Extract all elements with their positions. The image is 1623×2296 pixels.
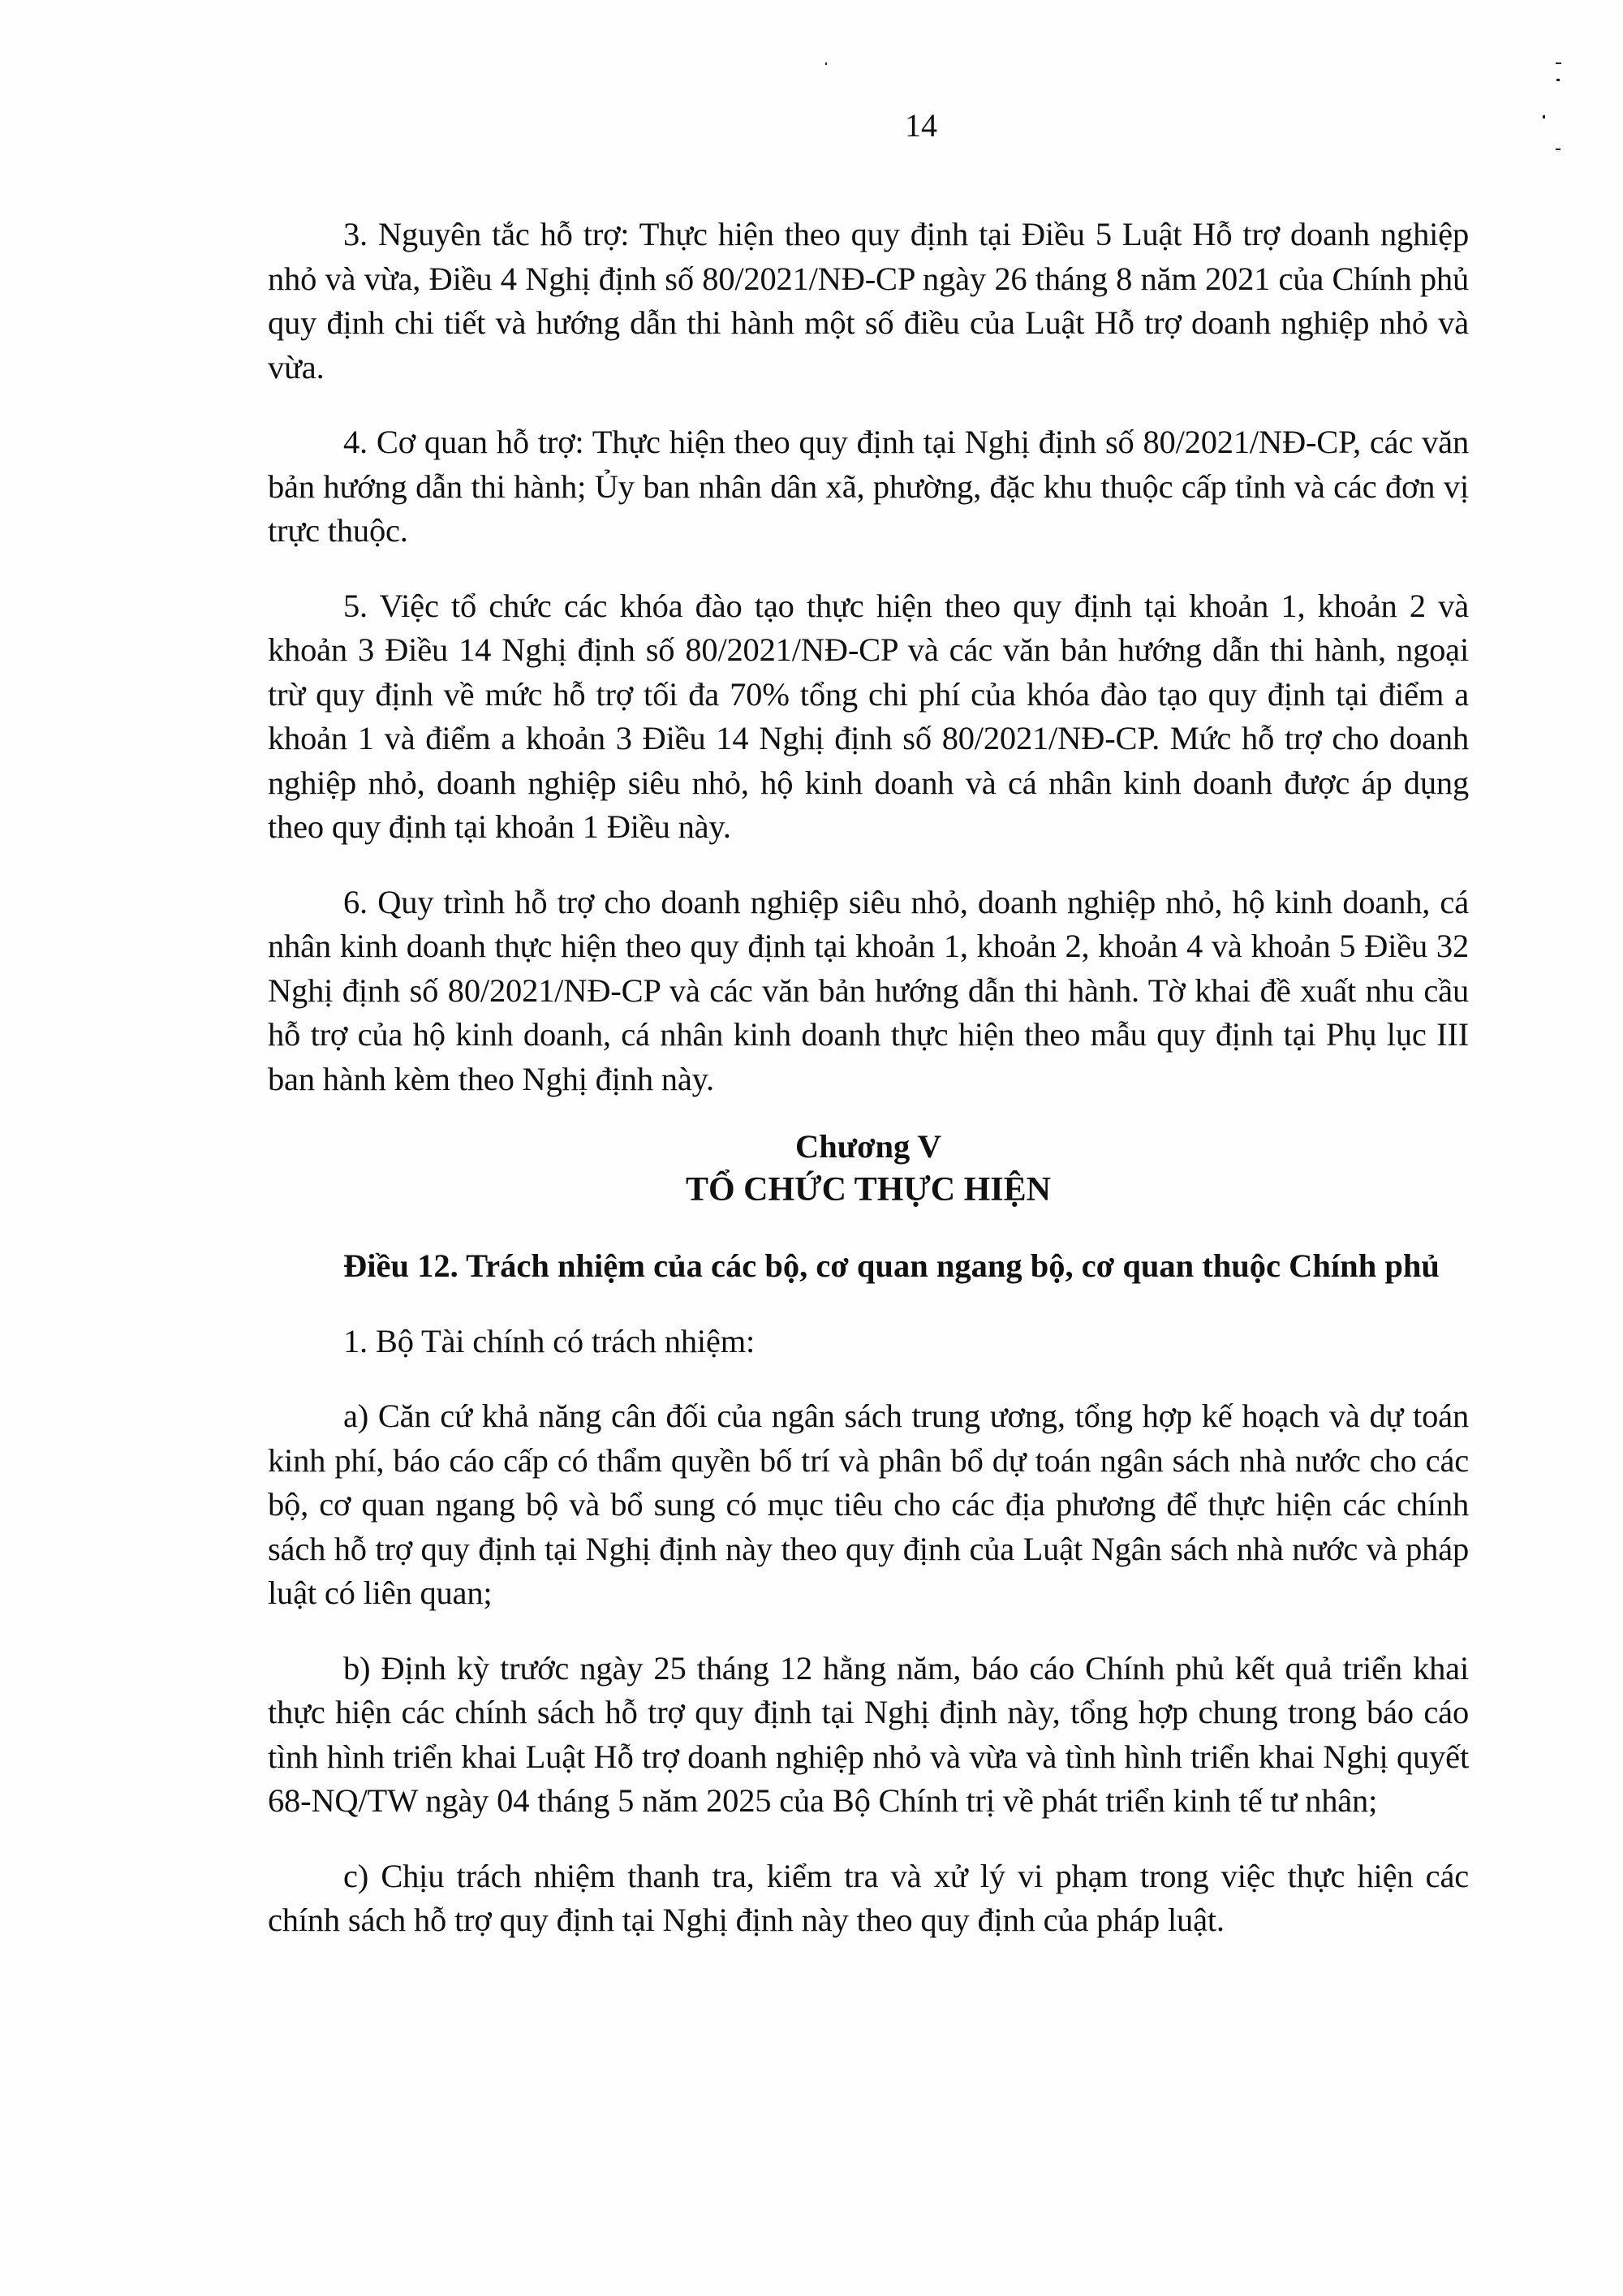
- document-body: 3. Nguyên tắc hỗ trợ: Thực hiện theo quy…: [268, 213, 1469, 1974]
- article-12-point-b: b) Định kỳ trước ngày 25 tháng 12 hằng n…: [268, 1647, 1469, 1824]
- article-12-point-a: a) Căn cứ khả năng cân đối của ngân sách…: [268, 1394, 1469, 1616]
- scan-artifact: [1556, 149, 1561, 150]
- chapter-label: Chương V: [268, 1126, 1469, 1168]
- page-number: 14: [0, 104, 1623, 148]
- scan-artifact: [1556, 62, 1561, 64]
- chapter-title: TỔ CHỨC THỰC HIỆN: [268, 1168, 1469, 1212]
- scan-artifact: [1556, 79, 1560, 81]
- paragraph-clause-3: 3. Nguyên tắc hỗ trợ: Thực hiện theo quy…: [268, 213, 1469, 390]
- article-12-heading: Điều 12. Trách nhiệm của các bộ, cơ quan…: [268, 1244, 1469, 1289]
- paragraph-clause-6: 6. Quy trình hỗ trợ cho doanh nghiệp siê…: [268, 881, 1469, 1102]
- paragraph-clause-5: 5. Việc tổ chức các khóa đào tạo thực hi…: [268, 584, 1469, 850]
- article-12-clause-1: 1. Bộ Tài chính có trách nhiệm:: [268, 1320, 1469, 1364]
- article-12-point-c: c) Chịu trách nhiệm thanh tra, kiểm tra …: [268, 1854, 1469, 1943]
- paragraph-clause-4: 4. Cơ quan hỗ trợ: Thực hiện theo quy đị…: [268, 420, 1469, 554]
- scan-artifact: [825, 62, 827, 65]
- document-page: 14 3. Nguyên tắc hỗ trợ: Thực hiện theo …: [0, 0, 1623, 2296]
